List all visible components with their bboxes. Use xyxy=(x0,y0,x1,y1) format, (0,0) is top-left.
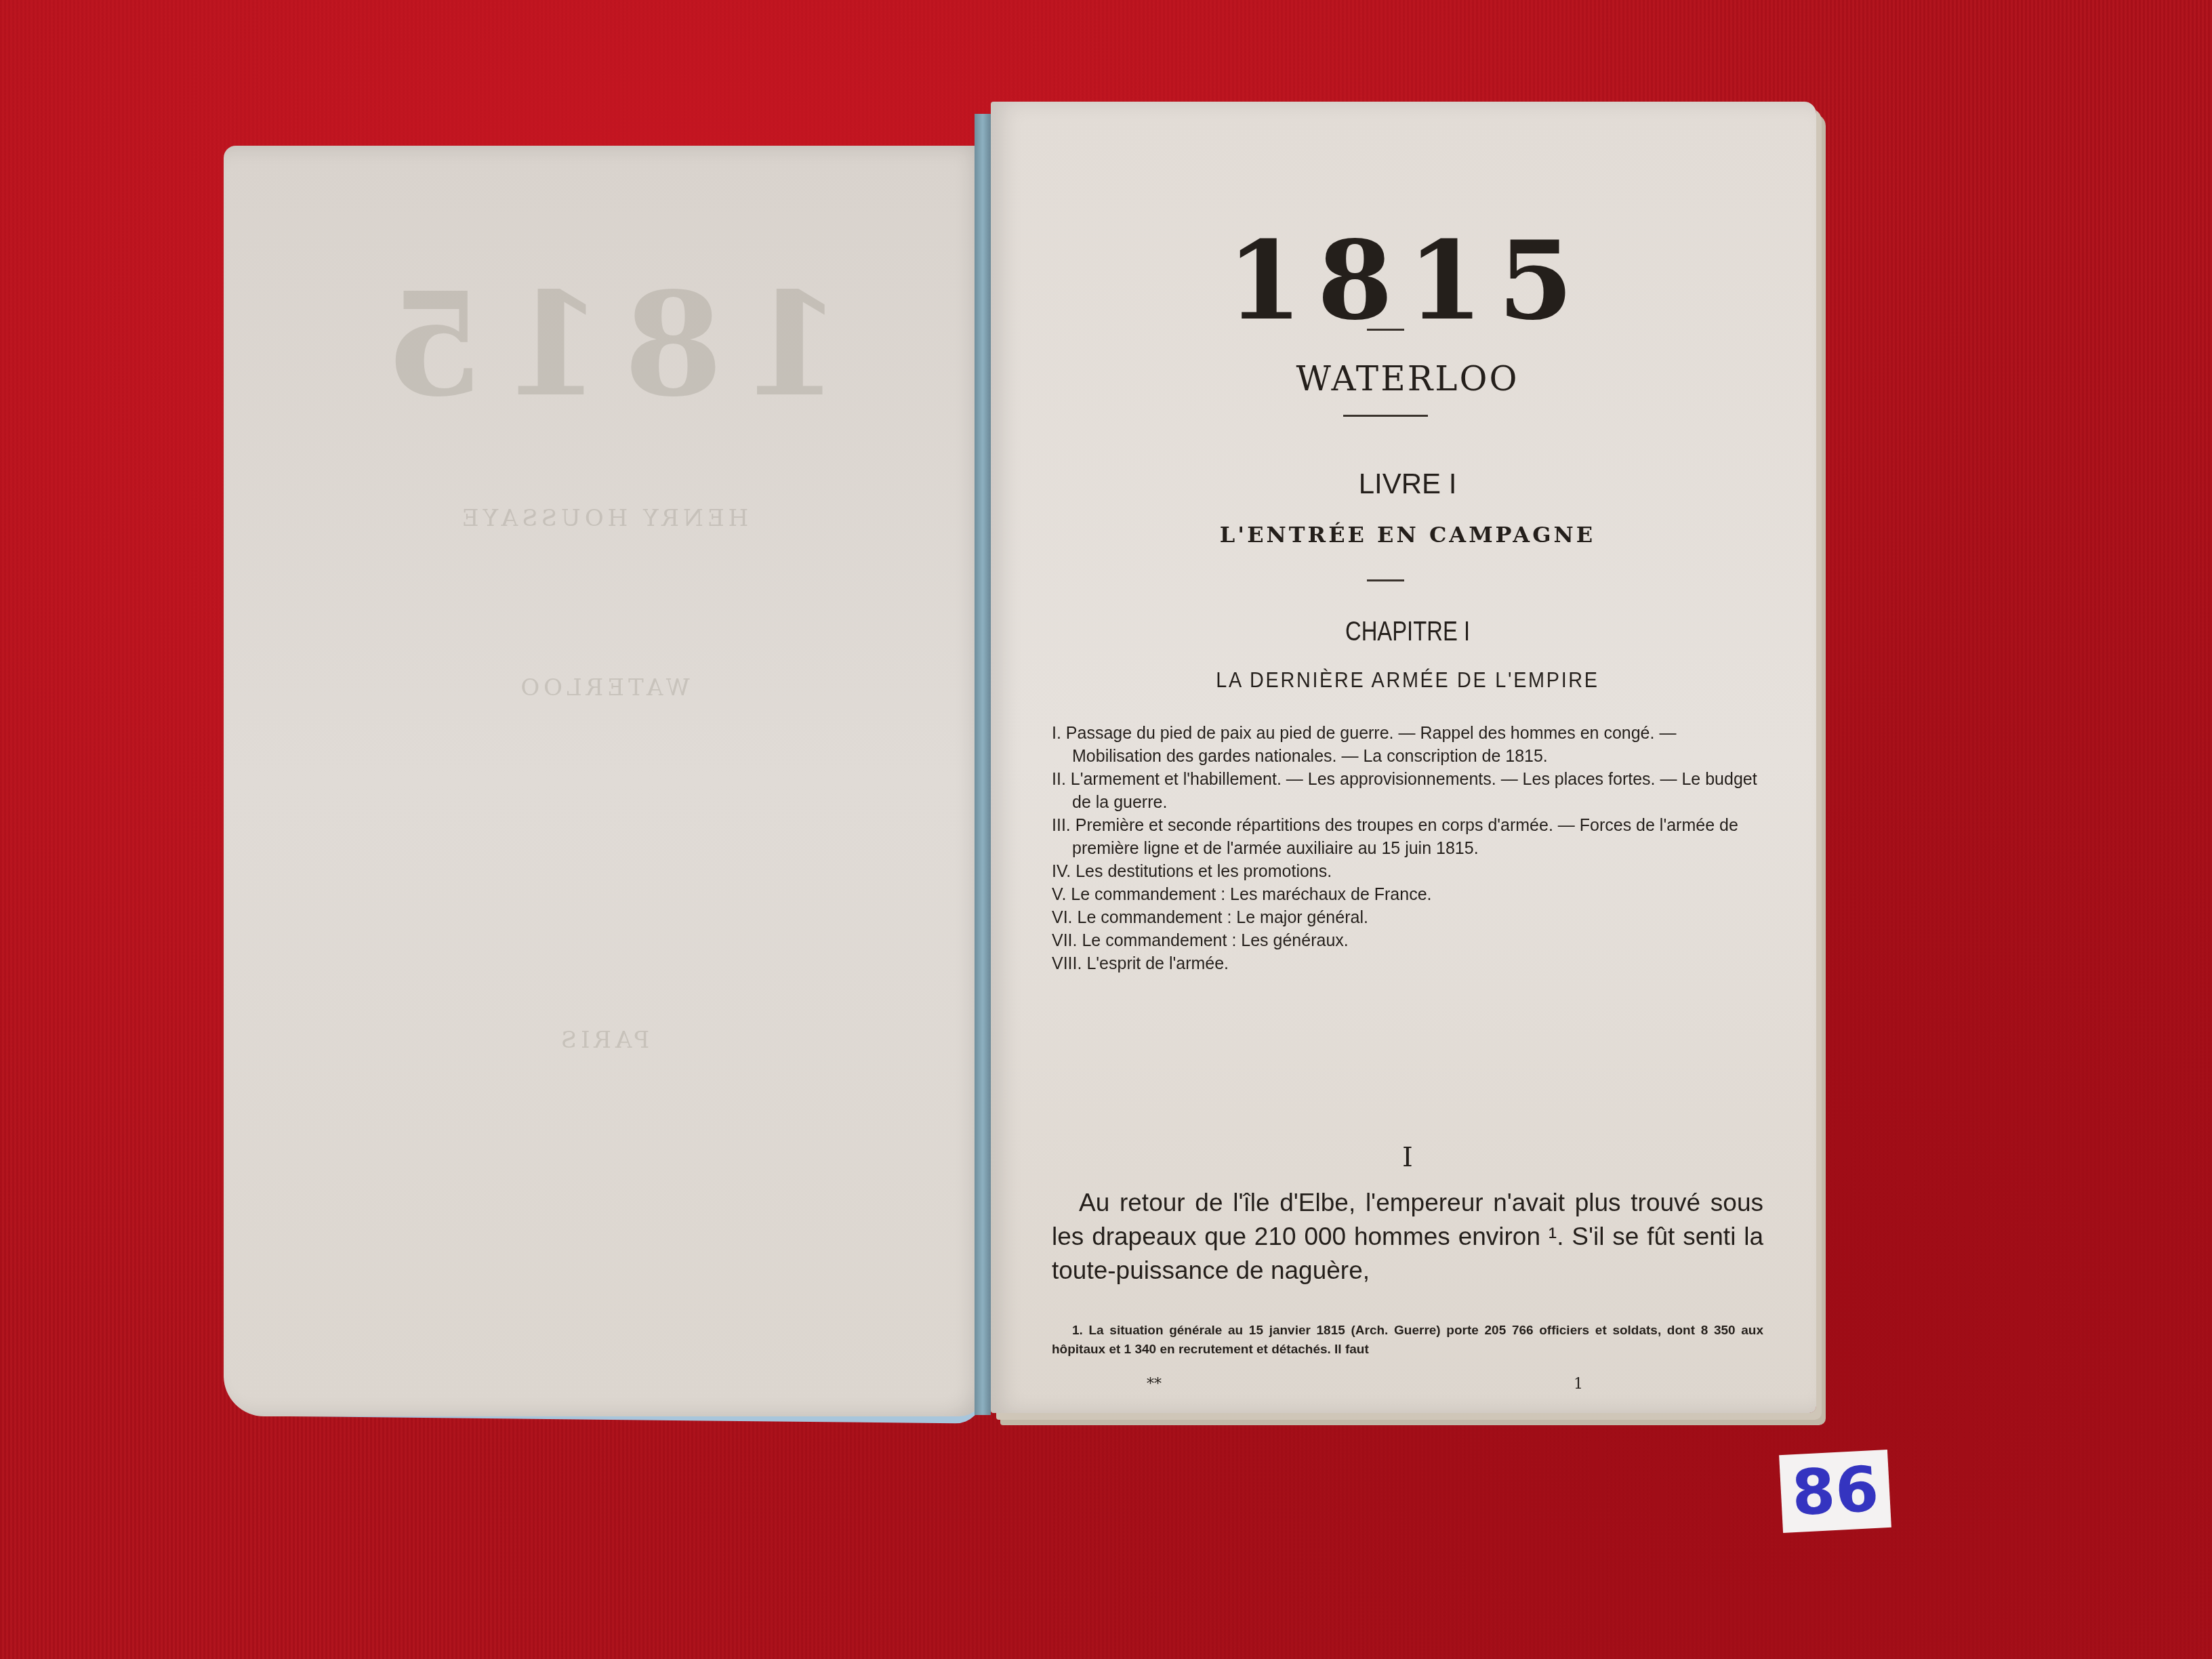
summary-item: VI. Le commandement : Le major général. xyxy=(1052,906,1763,929)
book-title: L'ENTRÉE EN CAMPAGNE xyxy=(1052,522,1763,548)
footnote: 1. La situation générale au 15 janvier 1… xyxy=(1052,1322,1763,1359)
bleed-through-title: WATERLOO xyxy=(264,674,942,701)
bleed-through-author: HENRY HOUSSAYE xyxy=(264,505,942,532)
divider-rule xyxy=(1343,415,1428,417)
summary-item: V. Le commandement : Les maréchaux de Fr… xyxy=(1052,883,1763,906)
chapter-heading: CHAPITRE I xyxy=(1116,617,1700,647)
bleed-through-year: 1815 xyxy=(264,261,942,428)
summary-item: II. L'armement et l'habillement. — Les a… xyxy=(1052,768,1763,814)
open-book: 1815 HENRY HOUSSAYE WATERLOO PARIS 1815 … xyxy=(0,0,2212,1659)
body-paragraph: Au retour de l'île d'Elbe, l'empereur n'… xyxy=(1052,1186,1763,1288)
divider-rule xyxy=(1367,329,1404,331)
chapter-summary: I. Passage du pied de paix au pied de gu… xyxy=(1052,722,1763,975)
divider-rule xyxy=(1367,579,1404,581)
signature-mark-right: 1 xyxy=(1574,1376,1583,1393)
signature-mark-left: ** xyxy=(1147,1376,1162,1393)
summary-item: VIII. L'esprit de l'armée. xyxy=(1052,952,1763,975)
right-page: 1815 WATERLOO LIVRE I L'ENTRÉE EN CAMPAG… xyxy=(991,102,1816,1413)
page-subtitle: WATERLOO xyxy=(1052,359,1763,398)
book-number: LIVRE I xyxy=(1052,468,1763,500)
bleed-through-city: PARIS xyxy=(264,1027,942,1054)
number-tag: 86 xyxy=(1779,1450,1891,1533)
chapter-title: LA DERNIÈRE ARMÉE DE L'EMPIRE xyxy=(1088,668,1728,693)
summary-item: VII. Le commandement : Les généraux. xyxy=(1052,929,1763,952)
page-year: 1815 xyxy=(1052,217,1763,344)
left-page: 1815 HENRY HOUSSAYE WATERLOO PARIS xyxy=(224,146,986,1416)
section-number: I xyxy=(1052,1142,1763,1173)
book-spine xyxy=(975,114,991,1415)
summary-item: IV. Les destitutions et les promotions. xyxy=(1052,860,1763,883)
summary-item: I. Passage du pied de paix au pied de gu… xyxy=(1052,722,1763,768)
summary-item: III. Première et seconde répartitions de… xyxy=(1052,814,1763,860)
